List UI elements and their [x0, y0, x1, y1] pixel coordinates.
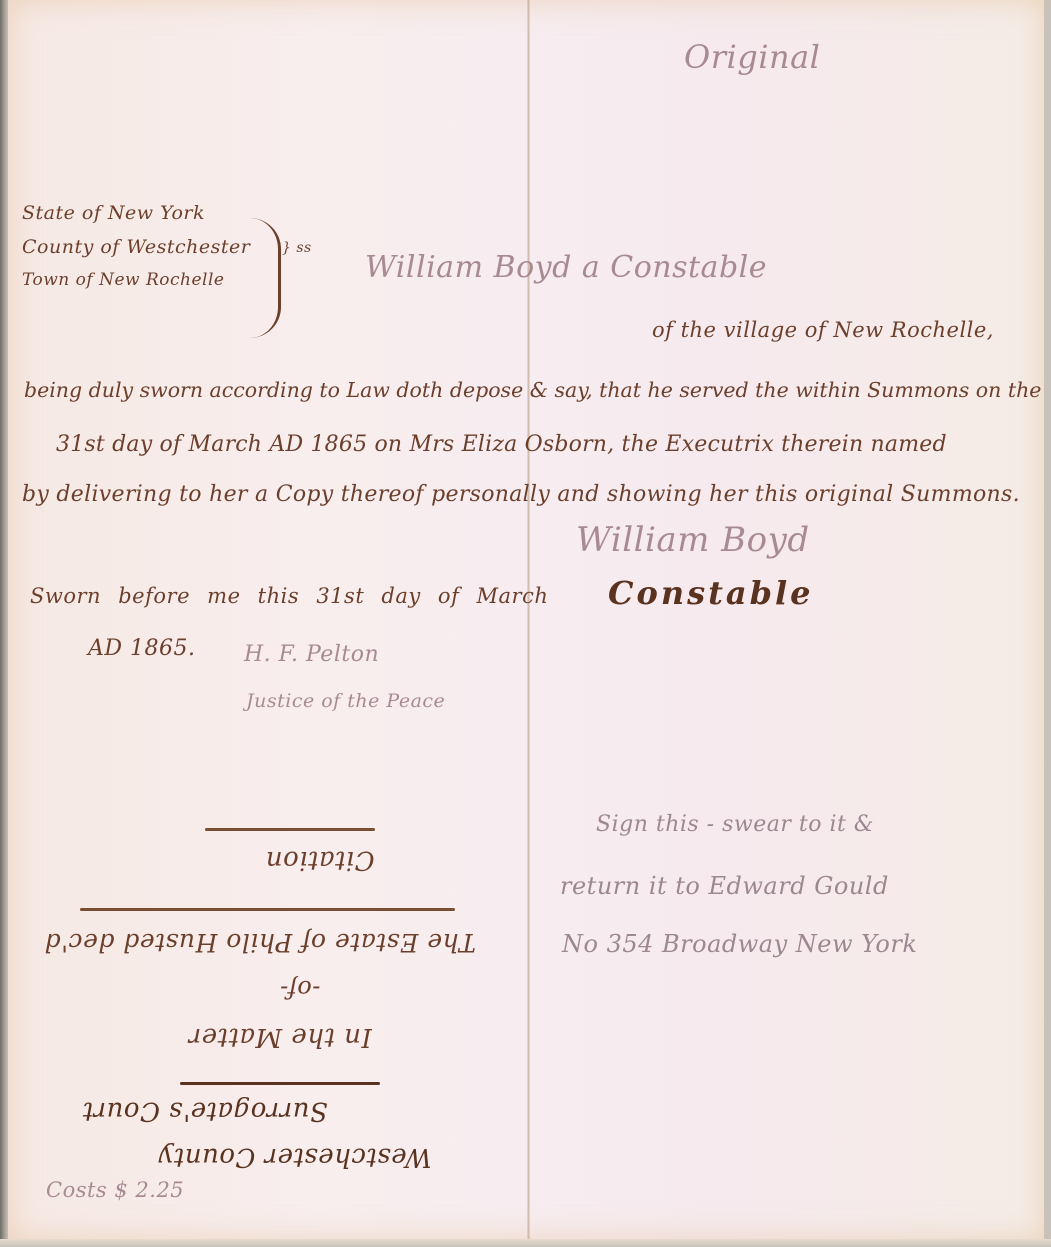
jurat-line: Sworn before me this 31st day of March	[30, 584, 548, 608]
pencil-note-line3: No 354 Broadway New York	[562, 930, 917, 958]
venue-brace	[250, 218, 281, 338]
pencil-note-line1: Sign this - swear to it &	[596, 812, 874, 837]
venue-state: State of New York	[22, 202, 205, 224]
sworn-line: being duly sworn according to Law doth d…	[24, 378, 1041, 402]
endorsement-county: Westchester County	[120, 1142, 470, 1172]
endorsement-rule-mid	[180, 1082, 380, 1085]
officer-title: Justice of the Peace	[246, 690, 445, 712]
endorsement-court: Surrogate's Court	[55, 1096, 355, 1126]
signature-name: William Boyd	[576, 520, 810, 560]
costs-note: Costs $ 2.25	[46, 1178, 184, 1202]
original-annotation: Original	[684, 38, 820, 76]
officer-name: H. F. Pelton	[244, 642, 379, 667]
endorsement-matter: In the Matter	[130, 1022, 430, 1052]
village-line: of the village of New Rochelle,	[652, 318, 994, 342]
venue-ss: } ss	[282, 240, 312, 256]
jurat-year: AD 1865.	[88, 636, 196, 661]
venue-town: Town of New Rochelle	[22, 270, 224, 290]
endorsement-estate: The Estate of Philo Husted dec'd	[40, 928, 480, 957]
endorsement-of: -of-	[250, 975, 350, 1003]
document-sheet	[8, 0, 1044, 1240]
scan-edge-bottom	[0, 1239, 1051, 1247]
endorsement-rule-wavy	[80, 908, 455, 911]
endorsement-citation: Citation	[230, 845, 410, 875]
delivery-line: by delivering to her a Copy thereof pers…	[22, 482, 1020, 507]
service-date-line: 31st day of March AD 1865 on Mrs Eliza O…	[56, 432, 947, 457]
center-fold-line	[527, 0, 530, 1247]
pencil-note-line2: return it to Edward Gould	[560, 872, 889, 900]
venue-county: County of Westchester	[22, 236, 250, 258]
deponent-line: William Boyd a Constable	[365, 250, 767, 285]
signature-title: Constable	[608, 574, 814, 612]
endorsement-rule-top	[205, 828, 375, 831]
